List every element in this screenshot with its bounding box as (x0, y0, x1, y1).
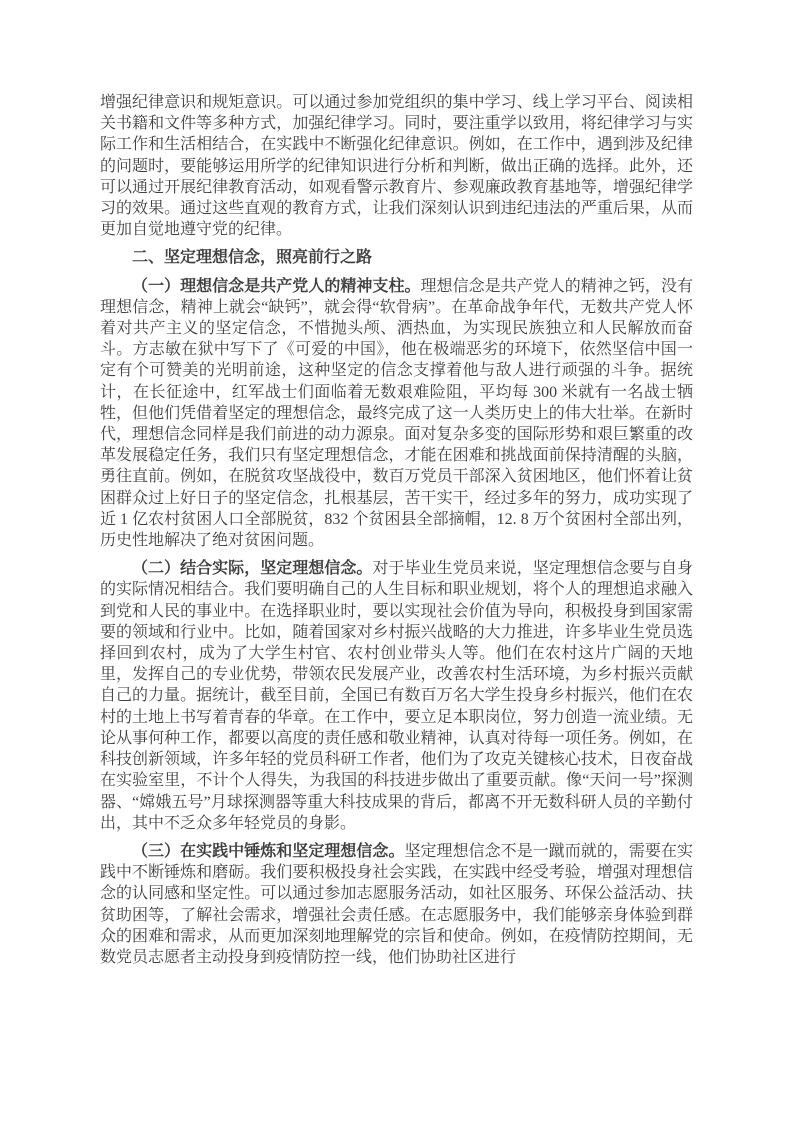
paragraph: （二）结合实际，坚定理想信念。对于毕业生党员来说，坚定理想信念要与自身的实际情况… (100, 558, 693, 834)
paragraph: （三）在实践中锤炼和坚定理想信念。坚定理想信念不是一蹴而就的，需要在实践中不断锤… (100, 841, 693, 968)
paragraph-lead: （一）理想信念是共产党人的精神支柱。 (132, 278, 421, 295)
document-content: 增强纪律意识和规矩意识。可以通过参加党组织的集中学习、线上学习平台、阅读相关书籍… (100, 92, 693, 968)
section-heading: 二、坚定理想信念，照亮前行之路 (100, 247, 693, 268)
paragraph-lead: （三）在实践中锤炼和坚定理想信念。 (132, 843, 405, 860)
paragraph-text: 坚定理想信念不是一蹴而就的，需要在实践中不断锤炼和磨砺。我们要积极投身社会实践，… (100, 843, 693, 966)
paragraph-text: 增强纪律意识和规矩意识。可以通过参加党组织的集中学习、线上学习平台、阅读相关书籍… (100, 94, 693, 238)
paragraph-lead: （二）结合实际，坚定理想信念。 (132, 560, 372, 577)
paragraph-text: 理想信念是共产党人的精神之钙，没有理想信念，精神上就会“缺钙”，就会得“软骨病”… (100, 278, 693, 549)
document-page: 增强纪律意识和规矩意识。可以通过参加党组织的集中学习、线上学习平台、阅读相关书籍… (0, 0, 793, 1122)
paragraph-text: 对于毕业生党员来说，坚定理想信念要与自身的实际情况相结合。我们要明确自己的人生目… (100, 560, 693, 831)
paragraph: （一）理想信念是共产党人的精神支柱。理想信念是共产党人的精神之钙，没有理想信念，… (100, 276, 693, 552)
paragraph: 增强纪律意识和规矩意识。可以通过参加党组织的集中学习、线上学习平台、阅读相关书籍… (100, 92, 693, 240)
